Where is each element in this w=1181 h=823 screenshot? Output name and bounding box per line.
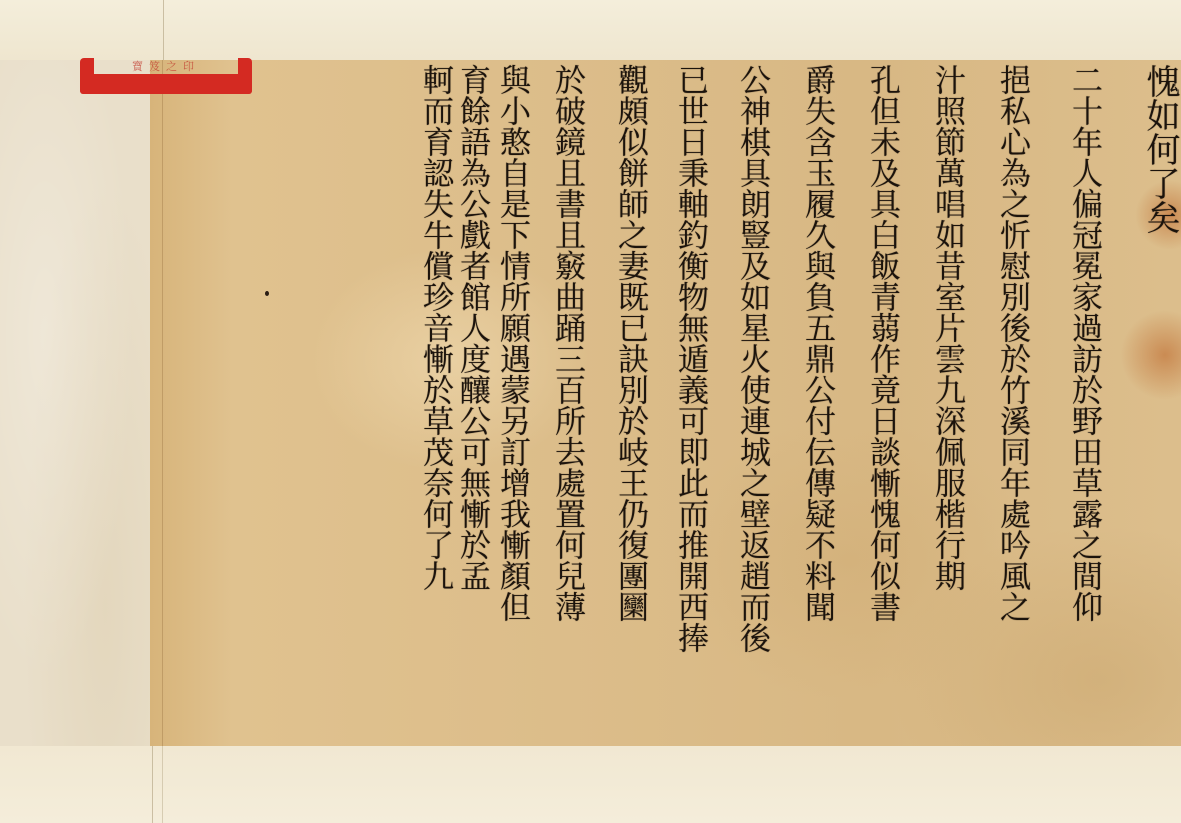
mount-seam-line [162, 746, 163, 823]
text-column-13: 軻而育認失牛償珍音慚於草茂奈何了九 [413, 64, 457, 591]
text-column-5: 孔但未及具白飯青蒻作竟日談慚愧何似書 [860, 64, 904, 622]
text-column-9: 觀頗似餅師之妻既已訣別於岐王仍復團圞 [608, 64, 652, 622]
water-stain [1120, 310, 1181, 400]
text-column-7: 公神棋具朗豎及如星火使連城之壁返趙而後 [730, 64, 774, 653]
text-column-6: 爵失含玉履久與負五鼎公付伝傳疑不料聞 [795, 64, 839, 622]
text-column-2: 二十年人偏冠冕家過訪於野田草露之間仰 [1062, 64, 1106, 622]
seal-bar [80, 74, 252, 94]
mount-seam-line [152, 746, 153, 823]
text-column-11: 與小憨自是下情所願遇蒙另訂增我慚顏但 [490, 64, 534, 622]
text-column-3: 挹私心為之忻慰別後於竹溪同年處吟風之 [990, 64, 1034, 622]
text-column-10: 於破鏡且書且竅曲踊三百所去處置何兒薄 [545, 64, 589, 622]
text-column-1: 愧如何了矣 [1138, 64, 1181, 234]
mount-top-border [0, 0, 1181, 60]
seal-left-edge [80, 58, 94, 94]
left-mounting-panel [0, 60, 150, 746]
text-column-8: 已世日秉軸釣衡物無遁義可即此而推開西捧 [668, 64, 712, 653]
mount-seam-line [163, 0, 164, 60]
seal-text: 寶笈之印 [98, 60, 234, 74]
seal-stamp: 寶笈之印 [80, 58, 252, 94]
seal-right-edge [238, 58, 252, 94]
ink-speck [265, 291, 269, 296]
text-column-4: 汁照節萬唱如昔室片雲九深佩服楷行期 [925, 64, 969, 591]
mount-bottom-border [0, 746, 1181, 823]
